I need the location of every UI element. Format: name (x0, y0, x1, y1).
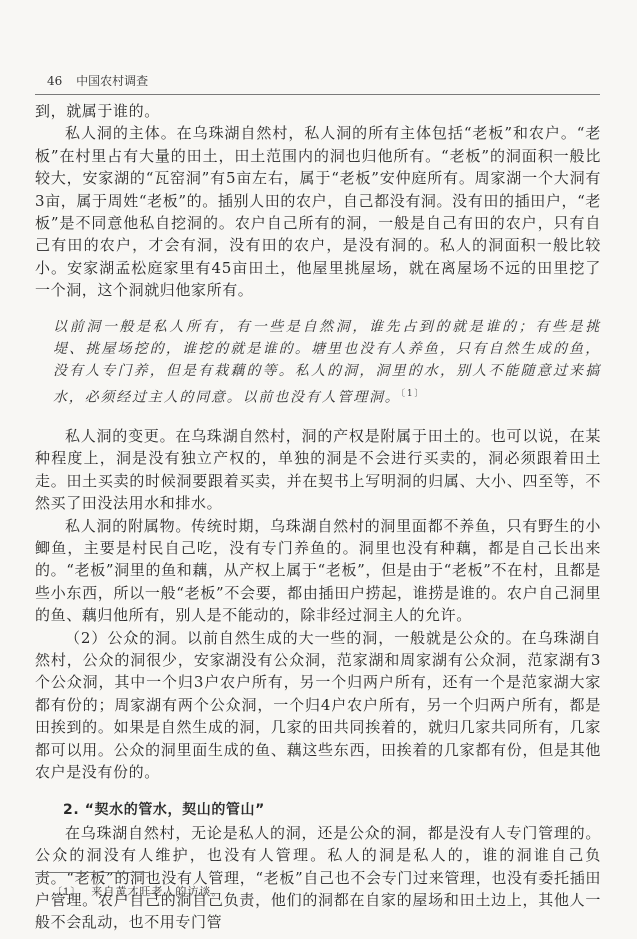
body-text: 到，就属于谁的。 私人洞的主体。在乌珠湖自然村，私人洞的所有主体包括“老板”和农… (35, 100, 601, 934)
running-title: 中国农村调查 (76, 74, 148, 88)
paragraph-public-pond: （2）公众的洞。以前自然生成的大一些的洞，一般就是公众的。在乌珠湖自然村，公众的… (35, 627, 601, 784)
paragraph-private-pond-attachments: 私人洞的附属物。传统时期，乌珠湖自然村的洞里面都不养鱼，只有野生的小鲫鱼，主要是… (35, 515, 601, 627)
footnote-divider (35, 872, 150, 873)
footnote-reference[interactable]: 〔1〕 (401, 389, 426, 399)
quote-text: 以前洞一般是私人所有，有一些是自然洞，谁先占到的就是谁的；有些是挑堤、挑屋场挖的… (53, 319, 601, 406)
footnote-text: 来自黄才旺老人的访谈。 (91, 885, 223, 898)
footnote-mark: 〔1〕 (52, 887, 81, 898)
paragraph-private-pond-change: 私人洞的变更。在乌珠湖自然村，洞的产权是附属于田土的。也可以说，在某种程度上，洞… (35, 425, 601, 515)
paragraph-private-pond-owner: 私人洞的主体。在乌珠湖自然村，私人洞的所有主体包括“老板”和农户。“老板”在村里… (35, 122, 601, 301)
interview-quote: 以前洞一般是私人所有，有一些是自然洞，谁先占到的就是谁的；有些是挑堤、挑屋场挖的… (35, 316, 601, 409)
footnote: 〔1〕来自黄才旺老人的访谈。 (52, 884, 223, 901)
paragraph-management: 在乌珠湖自然村，无论是私人的洞，还是公众的洞，都是没有人专门管理的。公众的洞没有… (35, 822, 601, 934)
section-heading: 2. “契水的管水，契山的管山” (35, 799, 601, 821)
running-header: 46 中国农村调查 (35, 72, 600, 95)
paragraph-continuation: 到，就属于谁的。 (35, 100, 601, 122)
page-number: 46 (47, 72, 62, 90)
